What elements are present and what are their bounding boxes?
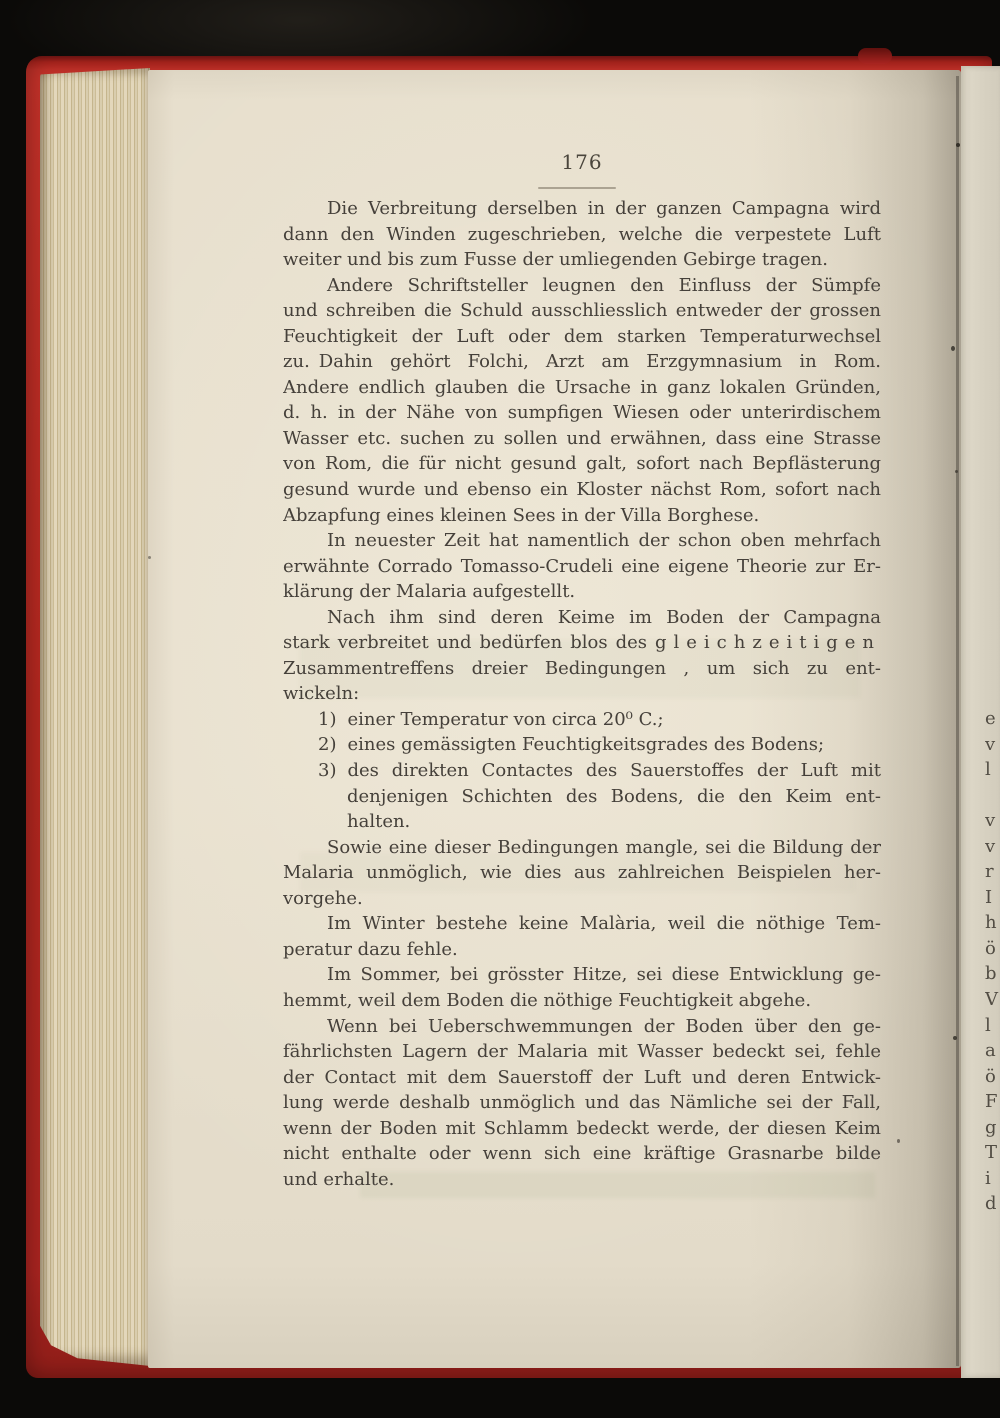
text-line: wickeln: [283, 681, 881, 707]
text-fragment: v [985, 732, 1000, 758]
dust-speck [951, 346, 955, 351]
text-line: Abzapfung eines kleinen Sees in der Vill… [283, 503, 881, 529]
list-item-text: eines gemässigten Feuchtigkeitsgrades de… [347, 734, 824, 755]
facing-page-sliver: e v l v v r I h ö b V l a ö F g T i d [961, 66, 1000, 1378]
text-fragment: V [985, 987, 1000, 1013]
text-fragment: v [985, 808, 1000, 834]
text-line: der Contact mit dem Sauerstoff der Luft … [283, 1065, 881, 1091]
gutter-shadow [956, 76, 959, 1366]
letterspaced-word: gleichzeitigen [655, 632, 881, 653]
list-item-text: des direkten Contactes des Sauerstoffes … [347, 760, 881, 781]
text-line: Nach ihm sind deren Keime im Boden der C… [283, 605, 881, 631]
text-line: stark verbreitet und bedürfen blos des g… [283, 630, 881, 656]
text-line: fährlichsten Lagern der Malaria mit Wass… [283, 1039, 881, 1065]
text-line: d. h. in der Nähe von sumpfigen Wiesen o… [283, 400, 881, 426]
text-fragment: d [985, 1191, 1000, 1217]
list-item-continuation: halten. [283, 809, 881, 835]
text-line: Sowie eine dieser Bedingungen mangle, se… [283, 835, 881, 861]
text-line: Im Sommer, bei grösster Hitze, sei diese… [283, 962, 881, 988]
text-fragment: e [985, 706, 1000, 732]
text-line: zu. Dahin gehört Folchi, Arzt am Erzgymn… [283, 349, 881, 375]
text-line: und schreiben die Schuld ausschliesslich… [283, 298, 881, 324]
text-line: Die Verbreitung derselben in der ganzen … [283, 196, 881, 222]
dust-speck [955, 470, 958, 473]
paragraph: Andere Schriftsteller leugnen den Einflu… [283, 273, 881, 528]
text-fragment [985, 783, 1000, 809]
paragraph: Im Sommer, bei grösster Hitze, sei diese… [283, 962, 881, 1013]
text-line: Wasser etc. suchen zu sollen und erwähne… [283, 426, 881, 452]
paragraph: Die Verbreitung derselben in der ganzen … [283, 196, 881, 273]
text-line: Feuchtigkeit der Luft oder dem starken T… [283, 324, 881, 350]
text-line: lung werde deshalb unmöglich und das Näm… [283, 1090, 881, 1116]
cover-corner-bump [858, 48, 892, 64]
paragraph: Sowie eine dieser Bedingungen mangle, se… [283, 835, 881, 912]
page-number: 176 [532, 150, 632, 174]
text-line: In neuester Zeit hat namentlich der scho… [283, 528, 881, 554]
text-line: dann den Winden zugeschrieben, welche di… [283, 222, 881, 248]
list-item-text: einer Temperatur von circa 20⁰ C.; [347, 709, 663, 730]
list-item-number: 2) [318, 734, 336, 755]
paragraph: Nach ihm sind deren Keime im Boden der C… [283, 605, 881, 707]
text-run: stark verbreitet und bedürfen blos des [283, 632, 655, 653]
list-item: 1)einer Temperatur von circa 20⁰ C.; [283, 707, 881, 733]
page-edges-stack [40, 68, 150, 1366]
facing-page-text-fragments: e v l v v r I h ö b V l a ö F g T i d [985, 706, 1000, 1217]
text-fragment: g [985, 1115, 1000, 1141]
text-line: klärung der Malaria aufgestellt. [283, 579, 881, 605]
text-fragment: ö [985, 1064, 1000, 1090]
text-fragment: a [985, 1038, 1000, 1064]
text-fragment: b [985, 961, 1000, 987]
page-number-rule [538, 187, 616, 189]
text-line: vorgehe. [283, 886, 881, 912]
text-fragment: l [985, 757, 1000, 783]
text-line: Im Winter bestehe keine Malària, weil di… [283, 911, 881, 937]
text-line: wenn der Boden mit Schlamm bedeckt werde… [283, 1116, 881, 1142]
dust-speck [956, 143, 960, 147]
text-line: gesund wurde und ebenso ein Kloster näch… [283, 477, 881, 503]
text-line: peratur dazu fehle. [283, 937, 881, 963]
text-line: und erhalte. [283, 1167, 881, 1193]
text-line: Malaria unmöglich, wie dies aus zahlreic… [283, 860, 881, 886]
dust-speck [953, 1036, 957, 1040]
list-item-number: 1) [318, 709, 336, 730]
text-line: erwähnte Corrado Tomasso-Crudeli eine ei… [283, 554, 881, 580]
text-line: Zusammentreffens dreier Bedingungen , um… [283, 656, 881, 682]
dust-speck [148, 556, 151, 559]
list-item: 2)eines gemässigten Feuchtigkeitsgrades … [283, 732, 881, 758]
text-line: Andere endlich glauben die Ursache in ga… [283, 375, 881, 401]
text-fragment: F [985, 1089, 1000, 1115]
text-fragment: l [985, 1013, 1000, 1039]
list-item: 3)des direkten Contactes des Sauerstoffe… [283, 758, 881, 784]
dust-speck [897, 1139, 900, 1143]
text-line: nicht enthalte oder wenn sich eine kräft… [283, 1141, 881, 1167]
list-item-number: 3) [318, 760, 336, 781]
text-fragment: T [985, 1140, 1000, 1166]
numbered-list: 1)einer Temperatur von circa 20⁰ C.; 2)e… [283, 707, 881, 835]
text-fragment: h [985, 910, 1000, 936]
text-fragment: i [985, 1166, 1000, 1192]
text-line: hemmt, weil dem Boden die nöthige Feucht… [283, 988, 881, 1014]
page-text: Die Verbreitung derselben in der ganzen … [283, 196, 881, 1192]
text-line: weiter und bis zum Fusse der umliegenden… [283, 247, 881, 273]
paragraph: Wenn bei Ueberschwemmungen der Boden übe… [283, 1014, 881, 1193]
list-item-continuation: denjenigen Schichten des Bodens, die den… [283, 784, 881, 810]
text-fragment: ö [985, 936, 1000, 962]
text-line: Wenn bei Ueberschwemmungen der Boden übe… [283, 1014, 881, 1040]
text-line: Andere Schriftsteller leugnen den Einflu… [283, 273, 881, 299]
text-fragment: I [985, 885, 1000, 911]
paragraph: In neuester Zeit hat namentlich der scho… [283, 528, 881, 605]
text-fragment: r [985, 859, 1000, 885]
paragraph: Im Winter bestehe keine Malària, weil di… [283, 911, 881, 962]
text-fragment: v [985, 834, 1000, 860]
text-line: von Rom, die für nicht gesund galt, sofo… [283, 451, 881, 477]
